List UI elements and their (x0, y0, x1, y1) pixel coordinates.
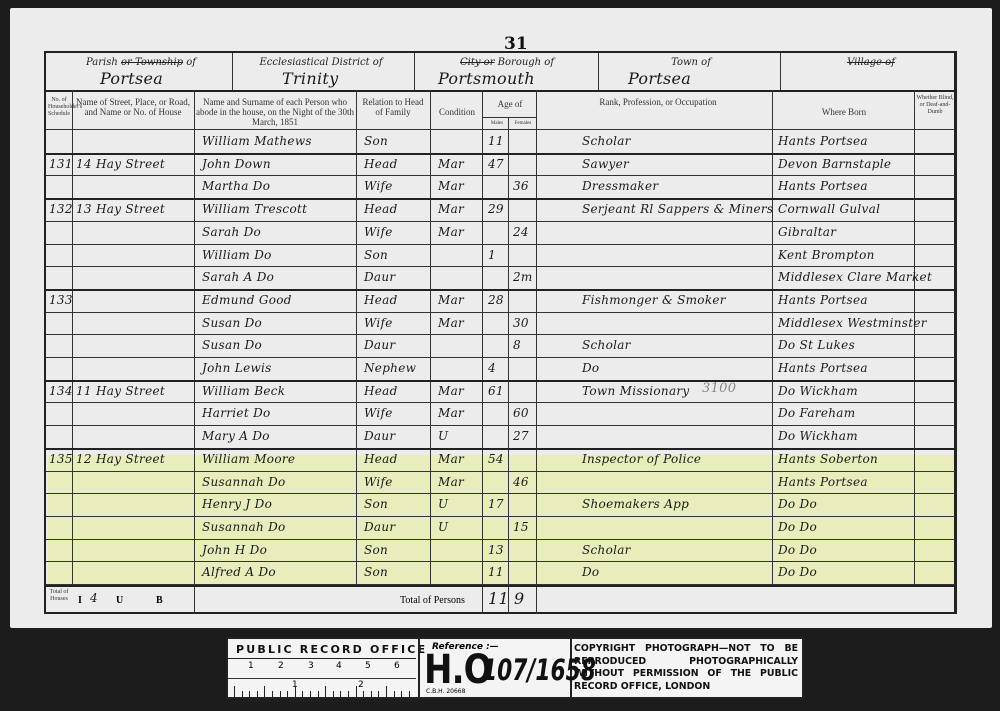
ruler-tick (340, 691, 341, 698)
marital-condition: Mar (438, 452, 464, 466)
divider (232, 53, 233, 90)
male-age: 61 (488, 384, 504, 398)
divider (46, 129, 955, 130)
male-age: 11 (488, 565, 504, 579)
col-males-header: Males (484, 119, 510, 129)
ruler-tick (333, 691, 334, 698)
female-age: 46 (513, 475, 529, 489)
divider (46, 244, 955, 245)
birthplace: Cornwall Gulval (778, 202, 880, 216)
divider (772, 90, 773, 585)
divider (46, 425, 955, 426)
marital-condition: U (438, 497, 448, 511)
marital-condition: Mar (438, 293, 464, 307)
occupation: Scholar (582, 543, 631, 557)
occupation: Town Missionary (582, 384, 690, 398)
divider (46, 471, 955, 472)
person-name: Harriet Do (202, 406, 271, 420)
ruler-tick (257, 691, 258, 698)
marital-condition: Mar (438, 157, 464, 171)
occupation: Inspector of Police (582, 452, 701, 466)
relation-to-head: Wife (364, 406, 393, 420)
ruler-tick (386, 686, 387, 698)
relation-to-head: Wife (364, 225, 393, 239)
person-name: Susan Do (202, 316, 262, 330)
male-age: 13 (488, 543, 504, 557)
female-age: 60 (513, 406, 529, 420)
birthplace: Do Wickham (778, 429, 858, 443)
ecclesiastical-value: Trinity (282, 69, 338, 88)
ruler-tick (302, 691, 303, 698)
marital-condition: Mar (438, 475, 464, 489)
ruler-tick (371, 691, 372, 698)
divider (536, 90, 537, 614)
houses-total-label: Total of Houses (48, 589, 70, 603)
person-name: William Trescott (202, 202, 307, 216)
birthplace: Hants Portsea (778, 293, 868, 307)
birthplace: Do Fareham (778, 406, 855, 420)
person-name: William Beck (202, 384, 285, 398)
occupation: Dressmaker (582, 179, 658, 193)
marital-condition: U (438, 520, 448, 534)
uninhabited-label: U (116, 595, 123, 606)
ruler-tick (287, 691, 288, 698)
person-name: William Mathews (202, 134, 312, 148)
street-address: 12 Hay Street (76, 452, 165, 466)
marital-condition: Mar (438, 316, 464, 330)
divider (46, 357, 955, 358)
col-condition-header: Condition (432, 107, 482, 117)
person-name: Susan Do (202, 338, 262, 352)
birthplace: Kent Brompton (778, 248, 875, 262)
birthplace: Hants Soberton (778, 452, 878, 466)
occupation: Fishmonger & Smoker (582, 293, 726, 307)
birthplace: Do St Lukes (778, 338, 855, 352)
city-value: Portsmouth (438, 69, 535, 88)
males-total: 11 (488, 589, 509, 608)
divider (46, 221, 955, 222)
relation-to-head: Head (364, 293, 398, 307)
ruler-tick (409, 691, 410, 698)
street-address: 11 Hay Street (76, 384, 165, 398)
ruler-tick (401, 691, 402, 698)
col-blind-header: Whether Blind, or Deaf-and-Dumb (916, 95, 954, 116)
male-age: 54 (488, 452, 504, 466)
col-age-header: Age of (484, 99, 536, 109)
col-females-header: Females (510, 119, 536, 129)
ruler-tick (378, 691, 379, 698)
col-name-header: Name and Surname of each Person who abod… (196, 97, 354, 127)
birthplace: Do Wickham (778, 384, 858, 398)
schedule-number: 131 (49, 157, 73, 171)
ecclesiastical-label: Ecclesiastical District of (246, 57, 396, 68)
inhabited-value: 4 (90, 591, 98, 605)
ruler-tick (280, 691, 281, 698)
ruler-tick (264, 686, 265, 698)
relation-to-head: Daur (364, 520, 395, 534)
copyright-notice: COPYRIGHT PHOTOGRAPH—NOT TO BE REPRODUCE… (574, 643, 798, 693)
reference-box: Reference :— H.O 107/1658 C.B.H. 20668 (418, 639, 572, 697)
relation-to-head: Son (364, 565, 388, 579)
divider (46, 153, 955, 155)
divider (228, 678, 416, 679)
schedule-number: 132 (49, 202, 73, 216)
building-label: B (156, 595, 163, 606)
female-age: 24 (513, 225, 529, 239)
divider (598, 53, 599, 90)
ruler-mark: 2 (278, 661, 284, 671)
divider (46, 493, 955, 494)
town-label: Town of (616, 57, 766, 68)
census-sheet: Parish or Township of Portsea Ecclesiast… (44, 51, 957, 614)
ruler-tick (325, 686, 326, 698)
ruler-tick (348, 691, 349, 698)
female-age: 27 (513, 429, 529, 443)
relation-to-head: Wife (364, 179, 393, 193)
col-relation-header: Relation to Head of Family (358, 97, 428, 117)
city-label: City or Borough of (432, 57, 582, 68)
persons-total-label: Total of Persons (400, 595, 465, 606)
ruler-tick (295, 686, 296, 698)
divider (914, 90, 915, 585)
birthplace: Hants Portsea (778, 475, 868, 489)
ruler-mark: 1 (248, 661, 254, 671)
town-value: Portsea (628, 69, 691, 88)
female-age: 2m (513, 270, 533, 284)
marital-condition: U (438, 429, 448, 443)
col-born-header: Where Born (774, 107, 914, 117)
female-age: 36 (513, 179, 529, 193)
occupation: Do (582, 361, 599, 375)
parish-value: Portsea (100, 69, 163, 88)
male-age: 1 (488, 248, 496, 262)
person-name: Sarah Do (202, 225, 261, 239)
male-age: 28 (488, 293, 504, 307)
person-name: William Moore (202, 452, 295, 466)
ruler-tick (310, 691, 311, 698)
person-name: John Lewis (202, 361, 272, 375)
female-age: 30 (513, 316, 529, 330)
person-name: Sarah A Do (202, 270, 274, 284)
person-name: John Down (202, 157, 271, 171)
male-age: 11 (488, 134, 504, 148)
occupation: Scholar (582, 134, 631, 148)
birthplace: Devon Barnstaple (778, 157, 891, 171)
divider (780, 53, 781, 90)
male-age: 4 (488, 361, 496, 375)
occupation: Shoemakers App (582, 497, 689, 511)
inhabited-label: I (78, 595, 82, 606)
birthplace: Do Do (778, 565, 817, 579)
marital-condition: Mar (438, 406, 464, 420)
relation-to-head: Nephew (364, 361, 416, 375)
person-name: John H Do (202, 543, 267, 557)
relation-to-head: Son (364, 497, 388, 511)
col-street-header: Name of Street, Place, or Road, and Name… (74, 97, 192, 117)
occupation: Sawyer (582, 157, 629, 171)
divider (46, 289, 955, 291)
birthplace: Do Do (778, 497, 817, 511)
divider (46, 334, 955, 335)
relation-to-head: Head (364, 452, 398, 466)
parish-label: Parish or Township of (66, 57, 216, 68)
person-name: Susannah Do (202, 475, 286, 489)
occupation: Do (582, 565, 599, 579)
pencil-annotation: 3100 (702, 381, 736, 396)
relation-to-head: Daur (364, 338, 395, 352)
birthplace: Gibraltar (778, 225, 836, 239)
divider (482, 90, 483, 614)
divider (46, 402, 955, 403)
divider (356, 90, 357, 585)
ruler-mark: 2 (358, 680, 364, 690)
village-label: Village of (806, 57, 936, 68)
schedule-number: 133 (49, 293, 73, 307)
occupation: Serjeant Rl Sappers & Miners (582, 202, 773, 216)
ruler-tick (318, 691, 319, 698)
divider (46, 448, 955, 450)
divider (46, 561, 955, 562)
male-age: 17 (488, 497, 504, 511)
marital-condition: Mar (438, 179, 464, 193)
divider (46, 380, 955, 382)
ruler-mark: 4 (336, 661, 342, 671)
divider (46, 312, 955, 313)
female-age: 15 (513, 520, 529, 534)
divider (46, 585, 955, 587)
divider (46, 198, 955, 200)
person-name: Susannah Do (202, 520, 286, 534)
relation-to-head: Son (364, 248, 388, 262)
marital-condition: Mar (438, 384, 464, 398)
street-address: 13 Hay Street (76, 202, 165, 216)
reference-small: C.B.H. 20668 (426, 688, 465, 695)
birthplace: Hants Portsea (778, 134, 868, 148)
ruler-mark: 3 (308, 661, 314, 671)
birthplace: Do Do (778, 543, 817, 557)
ruler-mark: 5 (365, 661, 371, 671)
person-name: Edmund Good (202, 293, 292, 307)
person-name: William Do (202, 248, 272, 262)
divider (46, 539, 955, 540)
person-name: Mary A Do (202, 429, 270, 443)
divider (482, 117, 536, 118)
divider (430, 90, 431, 585)
col-occupation-header: Rank, Profession, or Occupation (546, 97, 770, 107)
females-total: 9 (514, 589, 524, 608)
relation-to-head: Head (364, 202, 398, 216)
relation-to-head: Wife (364, 475, 393, 489)
birthplace: Hants Portsea (778, 361, 868, 375)
divider (46, 516, 955, 517)
relation-to-head: Head (364, 157, 398, 171)
street-address: 14 Hay Street (76, 157, 165, 171)
schedule-number: 134 (49, 384, 73, 398)
divider (414, 53, 415, 90)
marital-condition: Mar (438, 225, 464, 239)
ruler: 1 2 3 4 5 6 1 2 (228, 658, 416, 698)
ruler-tick (242, 691, 243, 698)
office-title: PUBLIC RECORD OFFICE (236, 643, 427, 656)
person-name: Henry J Do (202, 497, 272, 511)
divider (46, 266, 955, 267)
birthplace: Middlesex Clare Market (778, 270, 932, 284)
relation-to-head: Daur (364, 270, 395, 284)
marital-condition: Mar (438, 202, 464, 216)
col-schedule-header: No. of Householder's Schedule (48, 97, 70, 118)
ruler-tick (356, 686, 357, 698)
relation-to-head: Head (364, 384, 398, 398)
ruler-tick (394, 691, 395, 698)
person-name: Martha Do (202, 179, 270, 193)
relation-to-head: Daur (364, 429, 395, 443)
person-name: Alfred A Do (202, 565, 276, 579)
female-age: 8 (513, 338, 521, 352)
birthplace: Do Do (778, 520, 817, 534)
ruler-tick (234, 686, 235, 698)
schedule-number: 135 (49, 452, 73, 466)
relation-to-head: Wife (364, 316, 393, 330)
occupation: Scholar (582, 338, 631, 352)
birthplace: Hants Portsea (778, 179, 868, 193)
relation-to-head: Son (364, 543, 388, 557)
divider (46, 175, 955, 176)
divider (194, 90, 195, 614)
divider (46, 90, 955, 92)
male-age: 29 (488, 202, 504, 216)
ruler-tick (363, 691, 364, 698)
ruler-tick (272, 691, 273, 698)
birthplace: Middlesex Westminster (778, 316, 927, 330)
ruler-mark: 6 (394, 661, 400, 671)
record-office-label: PUBLIC RECORD OFFICE 1 2 3 4 5 6 1 2 Ref… (226, 637, 804, 699)
male-age: 47 (488, 157, 504, 171)
ruler-tick (249, 691, 250, 698)
relation-to-head: Son (364, 134, 388, 148)
